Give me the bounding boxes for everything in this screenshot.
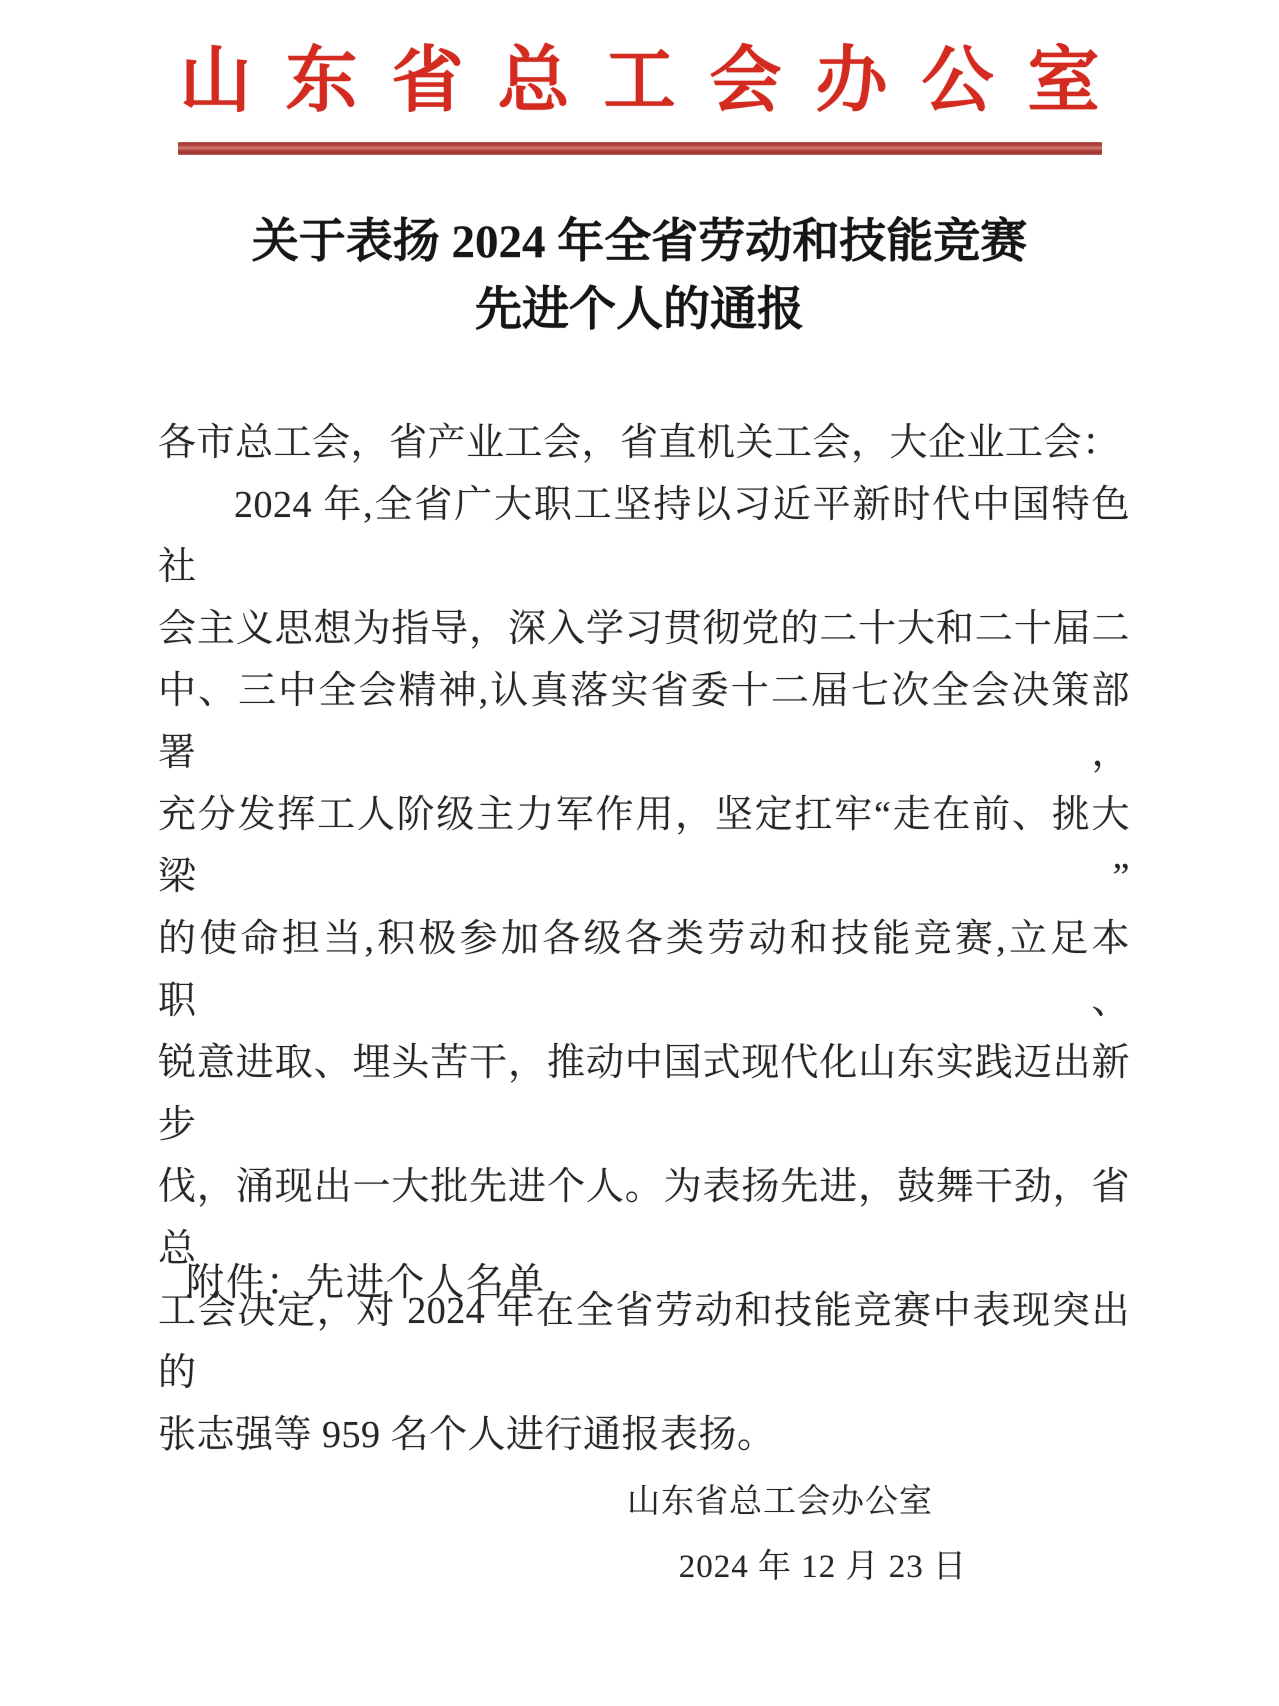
- body-line: 2024 年,全省广大职工坚持以习近平新时代中国特色社: [158, 474, 1130, 598]
- body-line: 的使命担当,积极参加各级各类劳动和技能竞赛,立足本职、: [158, 908, 1130, 1032]
- body-line: 中、三中全会精神,认真落实省委十二届七次全会决策部署，: [158, 660, 1130, 784]
- document-title: 关于表扬 2024 年全省劳动和技能竞赛 先进个人的通报: [0, 208, 1279, 344]
- document-page: 山东省总工会办公室 关于表扬 2024 年全省劳动和技能竞赛 先进个人的通报 各…: [0, 0, 1279, 1706]
- body-line: 锐意进取、埋头苦干，推动中国式现代化山东实践迈出新步: [158, 1032, 1130, 1156]
- salutation-line: 各市总工会，省产业工会，省直机关工会，大企业工会：: [158, 412, 1130, 474]
- document-title-line-1: 关于表扬 2024 年全省劳动和技能竞赛: [0, 208, 1279, 276]
- document-title-line-2: 先进个人的通报: [0, 276, 1279, 344]
- body-line: 会主义思想为指导，深入学习贯彻党的二十大和二十届二: [158, 598, 1130, 660]
- letterhead-org-name: 山东省总工会办公室: [0, 38, 1279, 124]
- letterhead-divider-rule: [178, 142, 1102, 155]
- body-line-last: 张志强等 959 名个人进行通报表扬。: [158, 1404, 1130, 1466]
- signature-org-name: 山东省总工会办公室: [627, 1478, 933, 1526]
- signature-date: 2024 年 12 月 23 日: [679, 1543, 967, 1591]
- body-line: 充分发挥工人阶级主力军作用，坚定扛牢“走在前、挑大梁”: [158, 784, 1130, 908]
- attachment-label: 附件：先进个人名单: [186, 1252, 546, 1314]
